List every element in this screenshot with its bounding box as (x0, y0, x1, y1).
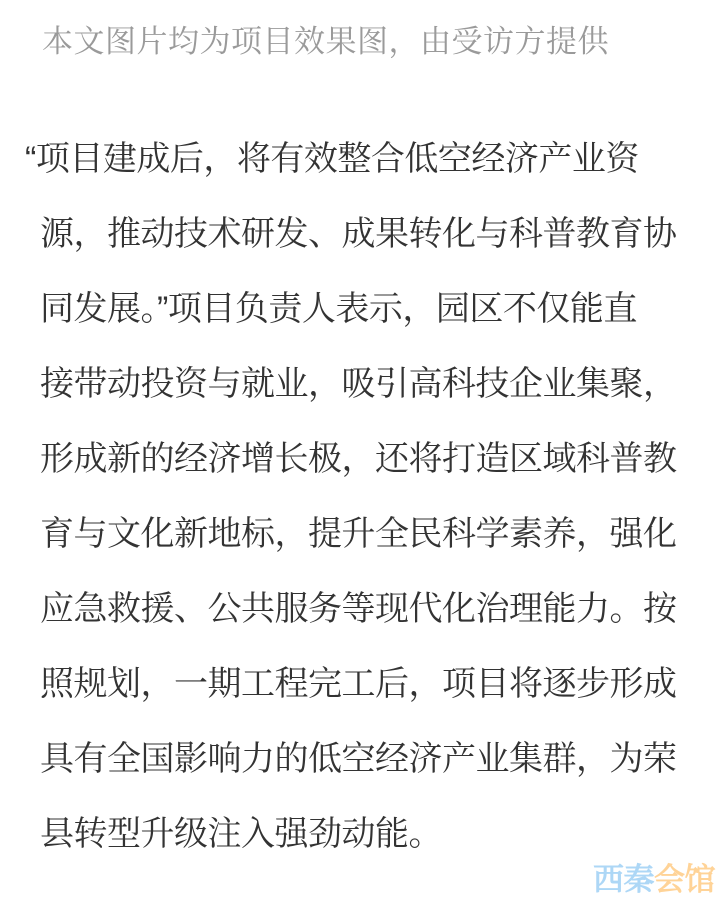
paragraph-line: 接带动投资与就业，吸引高科技企业集聚， (40, 347, 684, 422)
paragraph-line: 县转型升级注入强劲动能。 (40, 797, 684, 872)
paragraph-line: “项目建成后，将有效整合低空经济产业资 (40, 122, 684, 197)
article-page: 本文图片均为项目效果图，由受访方提供 “项目建成后，将有效整合低空经济产业资 源… (0, 0, 720, 903)
paragraph-line: 同发展。”项目负责人表示，园区不仅能直 (40, 272, 684, 347)
paragraph-line: 育与文化新地标，提升全民科学素养，强化 (40, 497, 684, 572)
paragraph-line: 源，推动技术研发、成果转化与科普教育协 (40, 197, 684, 272)
article-body: “项目建成后，将有效整合低空经济产业资 源，推动技术研发、成果转化与科普教育协 … (40, 122, 684, 872)
paragraph-line: 照规划，一期工程完工后，项目将逐步形成 (40, 647, 684, 722)
paragraph-line: 形成新的经济增长极，还将打造区域科普教 (40, 422, 684, 497)
watermark-text-huiguan: 会馆 (654, 862, 715, 897)
watermark-text-xiqin: 西秦 (593, 862, 654, 897)
paragraph-line: 应急救援、公共服务等现代化治理能力。按 (40, 572, 684, 647)
paragraph-line: 具有全国影响力的低空经济产业集群，为荣 (40, 722, 684, 797)
site-watermark: 西秦会馆 (593, 864, 715, 895)
image-credit-caption: 本文图片均为项目效果图，由受访方提供 (42, 24, 609, 60)
